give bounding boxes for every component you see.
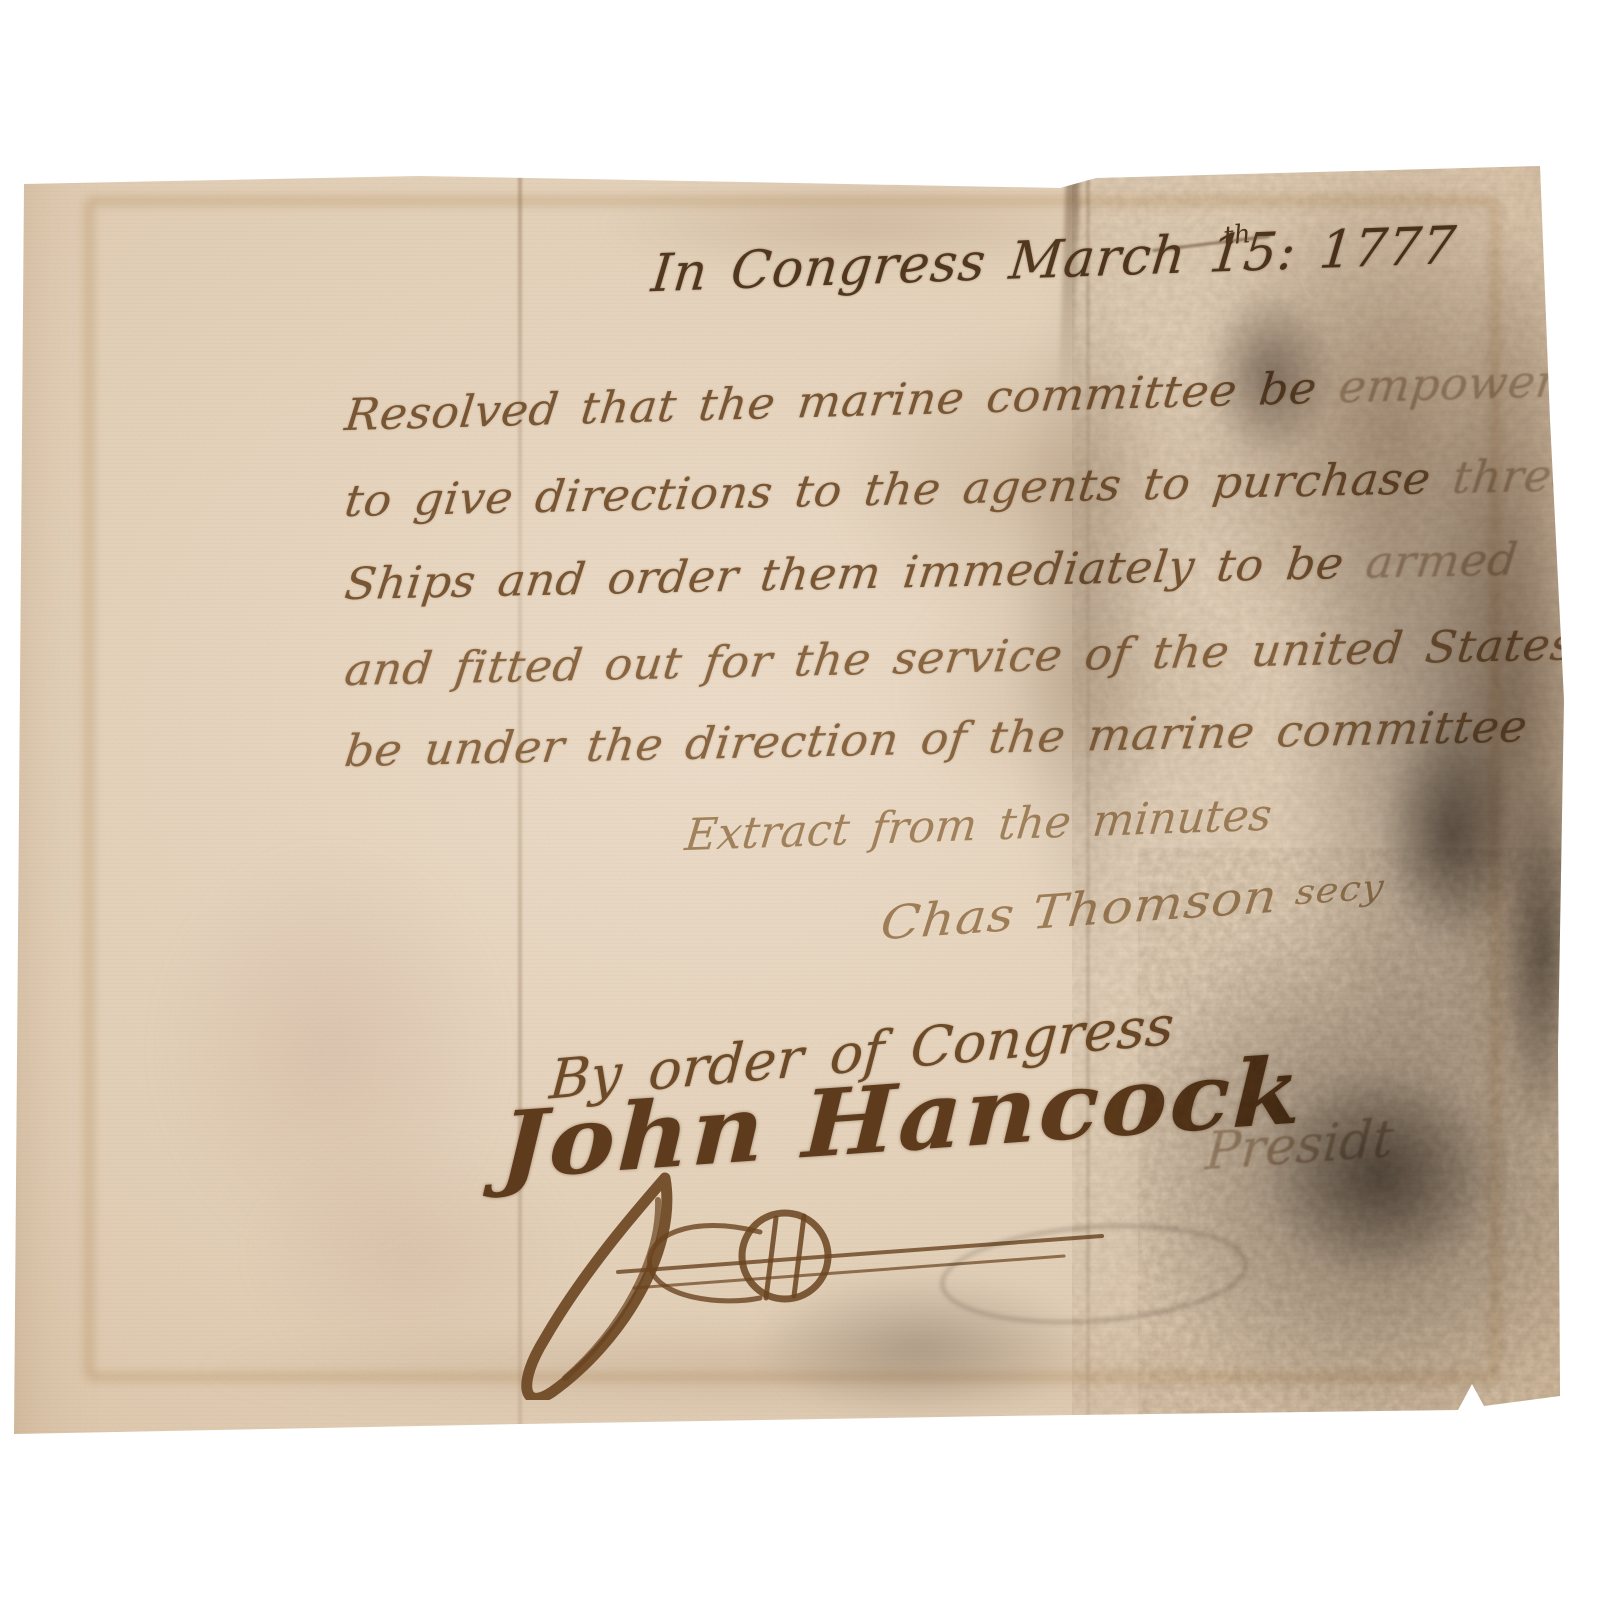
photo-of-manuscript: In Congress March 15: 1777 th Resolved t… <box>0 0 1600 1600</box>
body-line-4-faded <box>1571 619 1577 670</box>
stain-fold-smudge <box>1010 250 1160 970</box>
stain-dark-blotch-2 <box>1260 1070 1500 1280</box>
stain-dark-blotch-3 <box>1498 770 1588 1140</box>
stain-dark-blotch-4 <box>1205 290 1335 460</box>
manuscript-paper: In Congress March 15: 1777 th Resolved t… <box>0 0 1600 1600</box>
